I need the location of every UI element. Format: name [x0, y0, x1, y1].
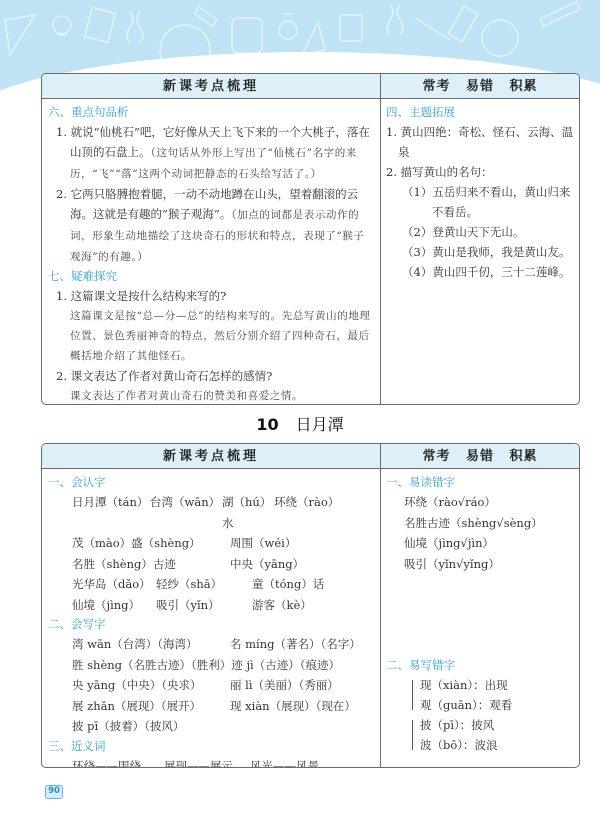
- miswrite-pair: 披（pī）：披风 波（bō）：波浪: [412, 715, 575, 755]
- header-new-points: 新课考点梳理: [42, 74, 381, 98]
- header-new-points: 新课考点梳理: [42, 444, 381, 468]
- quote-item: （4）黄山四千仞，三十二莲峰。: [386, 262, 575, 282]
- misread-item: 仙境（jìng√jìn）: [386, 533, 575, 554]
- miswrite-pair: 现（xiàn）：出现 观（guān）：观看: [412, 675, 575, 715]
- answer: 这篇课文是按“总—分—总”的结构来写的。先总写黄山的地理位置、景色秀丽神奇的特点…: [48, 306, 374, 366]
- chapter-title: 10 日月潭: [0, 412, 600, 435]
- write-row: 湾 wān（台湾）（海湾） 名 míng（著名）（名字）: [48, 634, 374, 655]
- left-column: 六、重点句品析 1. 就说“仙桃石”吧，它好像从天上飞下来的一个大桃子，落在山顶…: [42, 99, 381, 404]
- list-item: 2. 它两只胳膊抱着腿，一动不动地蹲在山头，望着翻滚的云海。这就是有趣的“猴子观…: [56, 184, 374, 267]
- section-title: 一、会认字: [48, 473, 374, 492]
- list-item: 1. 就说“仙桃石”吧，它好像从天上飞下来的一个大桃子，落在山顶的石盘上。（这句…: [56, 122, 374, 184]
- page-number-badge: 90: [45, 785, 63, 799]
- write-row: 胜 shèng（名胜古迹）（胜利） 迹 jì（古迹）（痕迹）: [48, 655, 374, 676]
- vocab-row: 名胜（shèng）古迹 中央（yāng）: [48, 554, 374, 575]
- study-table-huangshan: 新课考点梳理 常考 易错 积累 六、重点句品析 1. 就说“仙桃石”吧，它好像从…: [41, 73, 580, 405]
- section-title: 一、易读错字: [386, 473, 575, 492]
- left-column: 一、会认字 日月潭（tán） 台湾（wān） 湖（hú）水 环绕（rào） 茂（…: [42, 469, 381, 767]
- question: 1. 这篇课文是按什么结构来写的?: [56, 286, 374, 306]
- table-header: 新课考点梳理 常考 易错 积累: [42, 74, 579, 99]
- write-row: 展 zhǎn（展现）（展开） 现 xiàn（展现）（现在）: [48, 696, 374, 717]
- section-title: 七、疑难探究: [48, 267, 374, 286]
- write-row: 央 yāng（中央）（央求） 丽 lì（美丽）（秀丽）: [48, 675, 374, 696]
- vocab-row: 茂（mào）盛（shèng） 周围（wéi）: [48, 533, 374, 554]
- header-common-errors: 常考 易错 积累: [381, 444, 579, 468]
- header-common-errors: 常考 易错 积累: [381, 74, 579, 98]
- misread-item: 吸引（yǐn√yǐng）: [386, 554, 575, 575]
- synonym-row: 环绕——围绕 展现——展示 风光——风景: [48, 756, 374, 769]
- quote-item: （2）登黄山天下无山。: [386, 222, 575, 242]
- quote-item: （3）黄山是我师，我是黄山友。: [386, 242, 575, 262]
- list-item: 1. 黄山四绝：奇松、怪石、云海、温泉: [386, 122, 575, 162]
- vocab-row: 光华岛（dǎo） 轻纱（shā） 童（tóng）话: [48, 574, 374, 595]
- vocab-row: 仙境（jìng） 吸引（yǐn） 游客（kè）: [48, 595, 374, 616]
- table-header: 新课考点梳理 常考 易错 积累: [42, 444, 579, 469]
- answer: 课文表达了作者对黄山奇石的赞美和喜爱之情。: [48, 386, 374, 405]
- question: 2. 课文表达了作者对黄山奇石怎样的感情?: [56, 366, 374, 386]
- section-title: 六、重点句品析: [48, 103, 374, 122]
- right-column: 四、主题拓展 1. 黄山四绝：奇松、怪石、云海、温泉 2. 描写黄山的名句： （…: [381, 99, 579, 404]
- list-item: 2. 描写黄山的名句：: [386, 162, 575, 182]
- study-table-sun-moon-lake: 新课考点梳理 常考 易错 积累 一、会认字 日月潭（tán） 台湾（wān） 湖…: [41, 443, 580, 768]
- vocab-row: 日月潭（tán） 台湾（wān） 湖（hú）水 环绕（rào）: [48, 492, 374, 533]
- quote-item: （1）五岳归来不看山，黄山归来不看岳。: [386, 182, 575, 222]
- section-title: 四、主题拓展: [386, 103, 575, 122]
- section-title: 二、易写错字: [386, 656, 575, 675]
- right-column: 一、易读错字 环绕（rào√ráo） 名胜古迹（shèng√sèng） 仙境（j…: [381, 469, 579, 767]
- section-title: 二、会写字: [48, 615, 374, 634]
- misread-item: 名胜古迹（shèng√sèng）: [386, 513, 575, 534]
- misread-item: 环绕（rào√ráo）: [386, 492, 575, 513]
- write-row: 披 pī（披着）（披风）: [48, 716, 374, 737]
- section-title: 三、近义词: [48, 737, 374, 756]
